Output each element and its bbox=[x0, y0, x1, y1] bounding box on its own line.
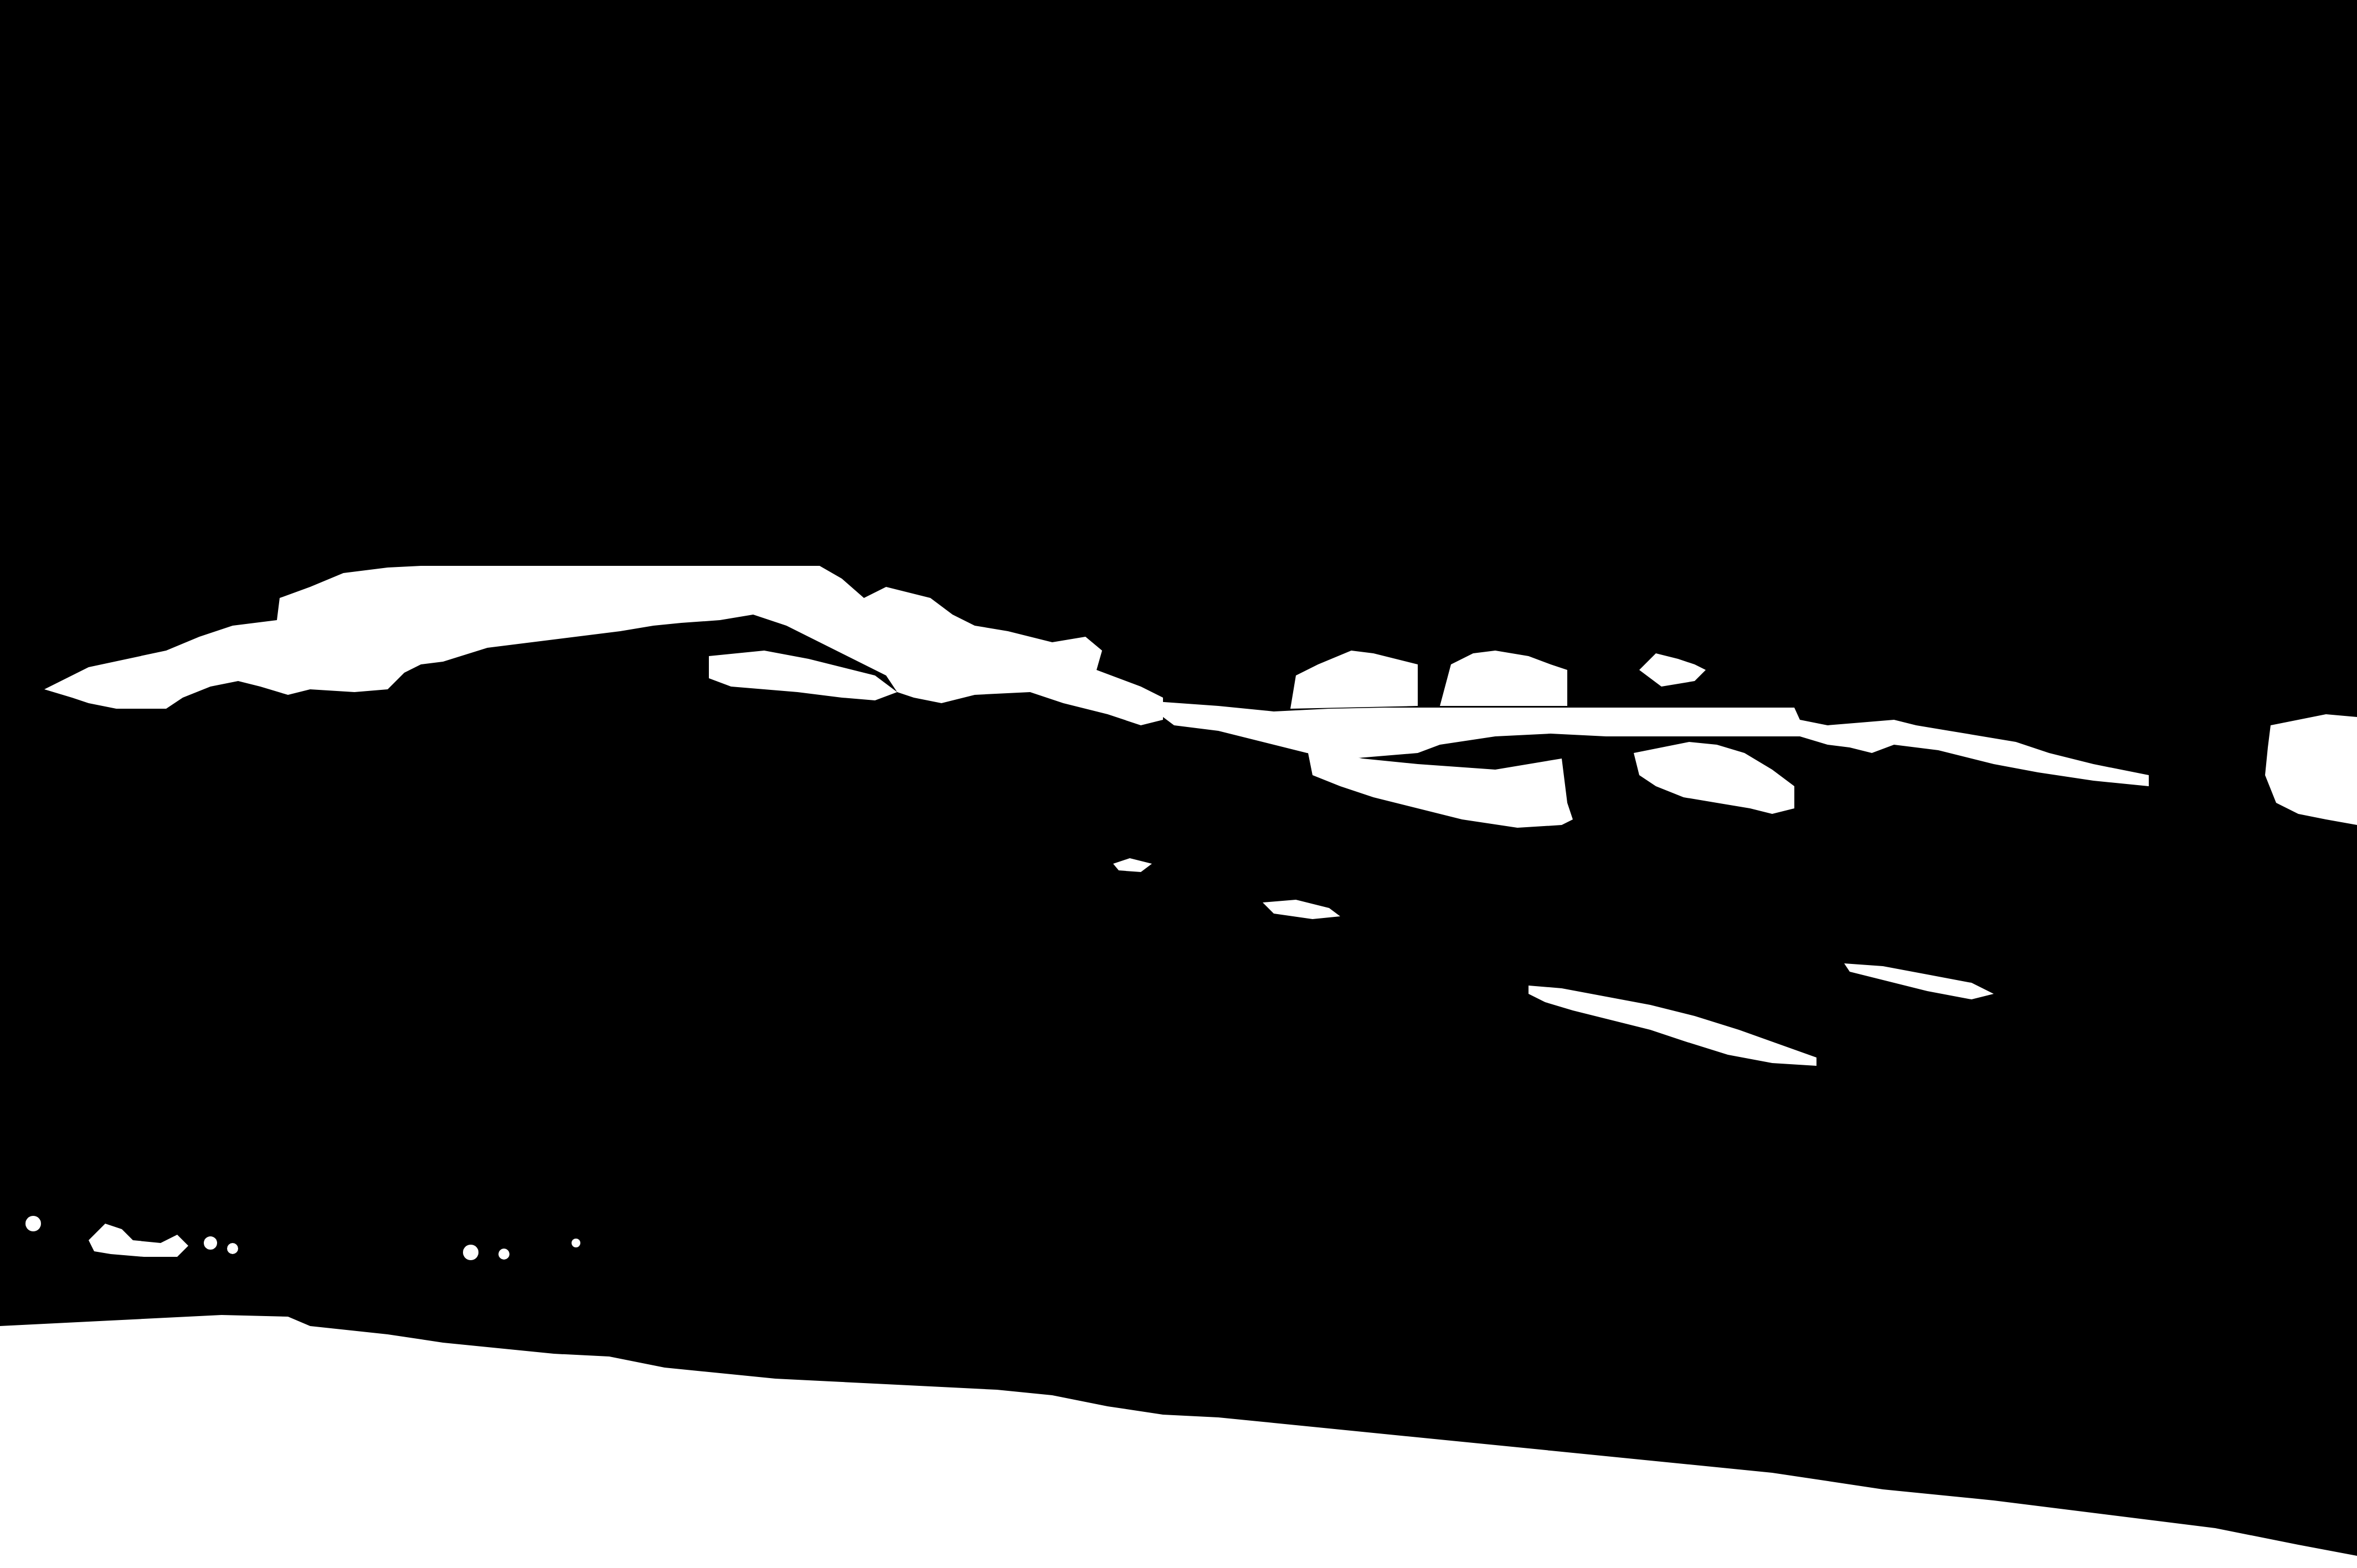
scattered-patch-7 bbox=[572, 1239, 580, 1247]
scattered-patch-3 bbox=[204, 1236, 217, 1250]
scattered-patch-5 bbox=[463, 1245, 478, 1260]
scattered-patch-6 bbox=[498, 1249, 510, 1260]
landscape-silhouette bbox=[0, 0, 2357, 1568]
scattered-patch-2 bbox=[25, 1216, 41, 1231]
landscape-image bbox=[0, 0, 2357, 1568]
scattered-patch-4 bbox=[227, 1243, 238, 1254]
